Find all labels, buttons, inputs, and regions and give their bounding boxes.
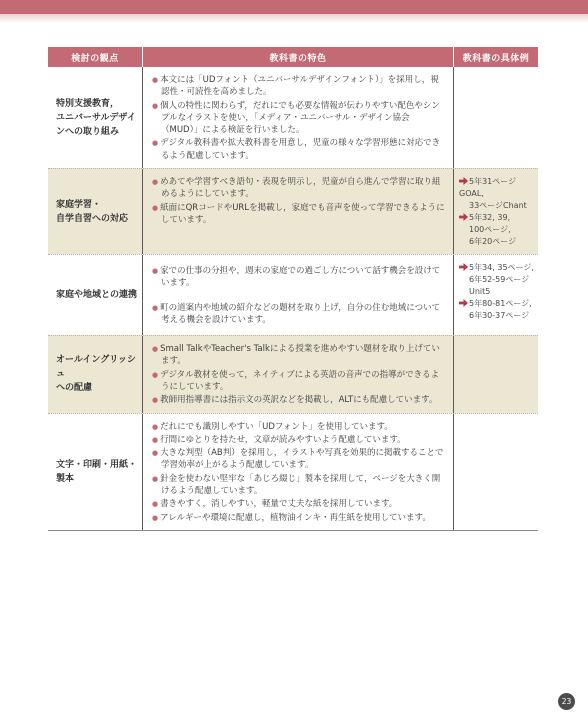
feature-text: デジタル教科書や拡大教科書を用意し，児童の様々な学習形態に対応できるよう配慮して… [160,138,440,160]
review-table: 検討の観点 教科書の特色 教科書の具体例 特別支援教育， ユニバーサルデザイ ン… [48,47,538,531]
table-header-row: 検討の観点 教科書の特色 教科書の具体例 [48,47,538,67]
example-line: 100ページ, [459,224,536,236]
header-examples: 教科書の具体例 [454,47,538,67]
bullet-icon: ● [152,267,158,275]
bullet-icon: ● [152,204,158,212]
feature-text: 大きな判型（AB判）を採用し，イラストや写真を効果的に掲載することで学習効率が上… [160,448,443,470]
bullet-icon: ● [152,76,158,84]
bullet-icon: ● [152,500,158,508]
example-line: 6年52-59ページ [459,274,536,286]
feature-item: ●本文には「UDフォント（ユニバーサルデザインフォント）」を採用し，視認性・可読… [152,74,445,99]
table-row: オールイングリッシュ への配慮●Small TalkやTeacher's Tal… [48,335,538,412]
bullet-icon: ● [152,178,158,186]
feature-item: ●家での仕事の分担や，週末の家庭での過ごし方について話す機会を設けています。 [152,265,445,290]
bullet-icon: ● [152,371,158,379]
viewpoint-cell: 特別支援教育， ユニバーサルデザイ ンへの取り組み [48,67,142,168]
features-list: ●本文には「UDフォント（ユニバーサルデザインフォント）」を採用し，視認性・可読… [152,74,445,162]
example-line: Unit5 [459,286,536,298]
page-number: 23 [562,697,572,706]
table-row: 特別支援教育， ユニバーサルデザイ ンへの取り組み●本文には「UDフォント（ユニ… [48,67,538,168]
features-cell: ●だれにでも識別しやすい「UDフォント」を使用しています。●行間にゆとりを持たせ… [142,414,453,530]
feature-text: 行間にゆとりを持たせ，文章が読みやすいよう配慮しています。 [160,435,406,445]
example-line: 5年31ページGOAL, [459,176,536,200]
feature-item: ●めあてや学習すべき語句・表現を明示し，児童が自ら進んで学習に取り組めるようにし… [152,176,445,201]
example-text: 5年34, 35ページ, [469,263,534,272]
feature-item: ●紙面にQRコードやURLを掲載し，家庭でも音声を使って学習できるようにしていま… [152,202,445,227]
feature-text: アレルギーや環境に配慮し，植物油インキ・再生紙を使用しています。 [160,513,431,523]
bullet-icon: ● [152,139,158,147]
feature-item: ●個人の特性に関わらず，だれにでも必要な情報が伝わりやすい配色やシンプルなイラス… [152,100,445,137]
feature-item: ●町の道案内や地域の紹介などの題材を取り上げ，自分の住む地域について考える機会を… [152,302,445,327]
feature-item: ●針金を使わない堅牢な「あじろ綴じ」製本を採用して，ページを大きく開けるよう配慮… [152,473,445,498]
arrow-right-icon [459,299,468,307]
header-features: 教科書の特色 [143,47,453,67]
viewpoint-cell: 家庭学習・ 自学自習への対応 [48,169,142,254]
feature-text: 町の道案内や地域の紹介などの題材を取り上げ，自分の住む地域について考える機会を設… [160,303,440,325]
bullet-icon: ● [152,304,158,312]
example-line: 5年80-81ページ, [459,298,536,310]
viewpoint-label: 文字・印刷・用紙・ 製本 [56,458,137,486]
feature-text: 教師用指導書には指示文の英訳などを掲載し，ALTにも配慮しています。 [160,395,437,405]
feature-item: ●大きな判型（AB判）を採用し，イラストや写真を効果的に掲載することで学習効率が… [152,447,445,472]
table-body: 特別支援教育， ユニバーサルデザイ ンへの取り組み●本文には「UDフォント（ユニ… [48,67,538,531]
arrow-right-icon [459,263,468,271]
arrow-right-icon [459,177,468,185]
example-text: 5年80-81ページ, [469,299,532,308]
bullet-icon: ● [152,345,158,353]
table-row: 家庭学習・ 自学自習への対応●めあてや学習すべき語句・表現を明示し，児童が自ら進… [48,168,538,254]
bullet-icon: ● [152,102,158,110]
bullet-icon: ● [152,396,158,404]
viewpoint-label: 家庭や地域との連携 [56,288,137,302]
example-line: 33ページChant [459,200,536,212]
table-row: 文字・印刷・用紙・ 製本●だれにでも識別しやすい「UDフォント」を使用しています… [48,413,538,530]
example-line: 5年34, 35ページ, [459,262,536,274]
features-list: ●めあてや学習すべき語句・表現を明示し，児童が自ら進んで学習に取り組めるようにし… [152,176,445,226]
example-line: 6年30-37ページ [459,310,536,322]
feature-item: ●アレルギーや環境に配慮し，植物油インキ・再生紙を使用しています。 [152,512,445,524]
page-number-badge: 23 [558,693,575,710]
feature-text: デジタル教材を使って，ネイティブによる英語の音声での指導ができるようにしています… [160,370,439,392]
feature-text: 書きやすく，消しやすい，軽量で丈夫な紙を採用しています。 [160,499,397,509]
document-page: 検討の観点 教科書の特色 教科書の具体例 特別支援教育， ユニバーサルデザイ ン… [0,0,588,720]
feature-text: めあてや学習すべき語句・表現を明示し，児童が自ら進んで学習に取り組めるようにして… [160,177,440,199]
examples-cell [453,67,538,168]
viewpoint-label: オールイングリッシュ への配慮 [56,353,139,395]
examples-cell [453,414,538,530]
feature-item: ●デジタル教科書や拡大教科書を用意し，児童の様々な学習形態に対応できるよう配慮し… [152,137,445,162]
bullet-icon: ● [152,449,158,457]
feature-text: 本文には「UDフォント（ユニバーサルデザインフォント）」を採用し，視認性・可読性… [160,75,439,97]
features-cell: ●Small TalkやTeacher's Talkによる授業を進めやすい題材を… [142,336,453,412]
feature-text: 家での仕事の分担や，週末の家庭での過ごし方について話す機会を設けています。 [160,266,440,288]
viewpoint-cell: 文字・印刷・用紙・ 製本 [48,414,142,530]
example-line: 6年20ページ [459,236,536,248]
example-text: 6年30-37ページ [469,311,529,320]
bullet-icon: ● [152,475,158,483]
example-text: 6年52-59ページ [469,275,529,284]
bullet-icon: ● [152,514,158,522]
feature-item: ●行間にゆとりを持たせ，文章が読みやすいよう配慮しています。 [152,434,445,446]
features-cell: ●家での仕事の分担や，週末の家庭での過ごし方について話す機会を設けています。●町… [142,255,453,335]
feature-item: ●だれにでも識別しやすい「UDフォント」を使用しています。 [152,421,445,433]
feature-item: ●Small TalkやTeacher's Talkによる授業を進めやすい題材を… [152,343,445,368]
example-text: Unit5 [469,287,490,296]
viewpoint-cell: オールイングリッシュ への配慮 [48,336,142,412]
features-cell: ●めあてや学習すべき語句・表現を明示し，児童が自ら進んで学習に取り組めるようにし… [142,169,453,254]
feature-text: 針金を使わない堅牢な「あじろ綴じ」製本を採用して，ページを大きく開けるよう配慮し… [160,474,440,496]
feature-item: ●デジタル教材を使って，ネイティブによる英語の音声での指導ができるようにしていま… [152,369,445,394]
header-viewpoint: 検討の観点 [48,47,142,67]
example-text: 33ページChant [469,201,527,210]
bullet-icon: ● [152,423,158,431]
viewpoint-label: 家庭学習・ 自学自習への対応 [56,198,128,226]
feature-item: ●書きやすく，消しやすい，軽量で丈夫な紙を採用しています。 [152,498,445,510]
bullet-icon: ● [152,436,158,444]
example-text: 100ページ, [469,225,511,234]
features-list: ●家での仕事の分担や，週末の家庭での過ごし方について話す機会を設けています。●町… [152,262,445,326]
viewpoint-label: 特別支援教育， ユニバーサルデザイ ンへの取り組み [56,97,136,139]
example-text: 6年20ページ [469,237,516,246]
feature-item: ●教師用指導書には指示文の英訳などを掲載し，ALTにも配慮しています。 [152,394,445,406]
feature-text: Small TalkやTeacher's Talkによる授業を進めやすい題材を取… [160,344,440,366]
viewpoint-cell: 家庭や地域との連携 [48,255,142,335]
feature-text: 個人の特性に関わらず，だれにでも必要な情報が伝わりやすい配色やシンプルなイラスト… [160,101,440,136]
example-line: 5年32, 39, [459,212,536,224]
table-row: 家庭や地域との連携●家での仕事の分担や，週末の家庭での過ごし方について話す機会を… [48,254,538,335]
feature-text: 紙面にQRコードやURLを掲載し，家庭でも音声を使って学習できるようにしています… [160,203,444,225]
top-accent-bar [0,0,588,14]
examples-cell: 5年34, 35ページ,6年52-59ページUnit55年80-81ページ,6年… [453,255,538,335]
features-list: ●だれにでも識別しやすい「UDフォント」を使用しています。●行間にゆとりを持たせ… [152,421,445,524]
features-list: ●Small TalkやTeacher's Talkによる授業を進めやすい題材を… [152,343,445,406]
arrow-right-icon [459,213,468,221]
example-text: 5年32, 39, [469,213,510,222]
examples-cell [453,336,538,412]
examples-cell: 5年31ページGOAL,33ページChant5年32, 39,100ページ,6年… [453,169,538,254]
feature-text: だれにでも識別しやすい「UDフォント」を使用しています。 [160,422,393,432]
features-cell: ●本文には「UDフォント（ユニバーサルデザインフォント）」を採用し，視認性・可読… [142,67,453,168]
